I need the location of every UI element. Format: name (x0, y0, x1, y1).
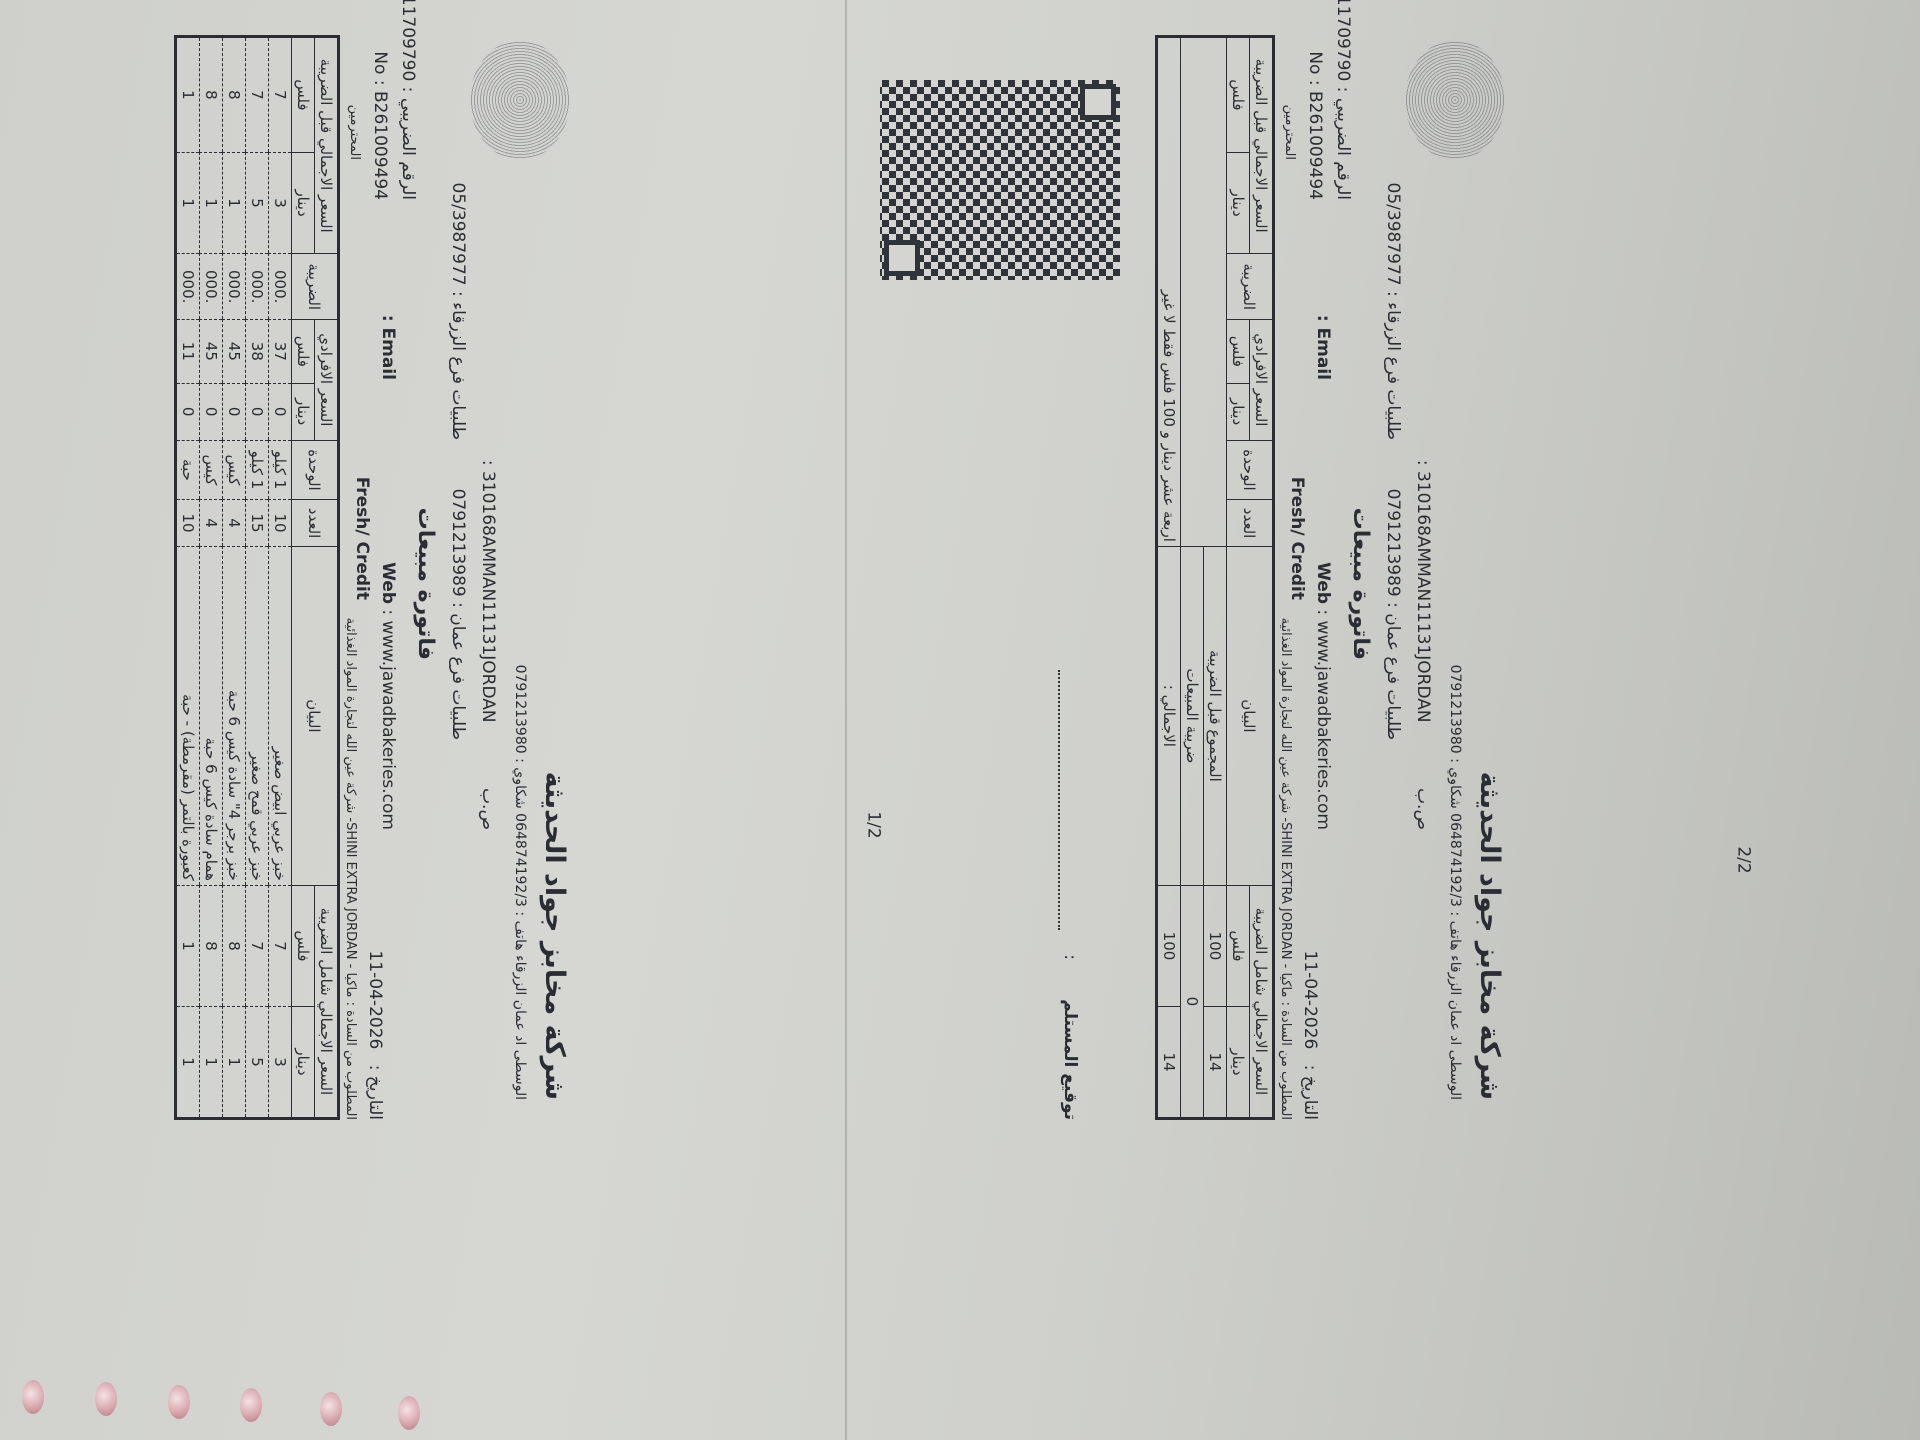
cell-qty: 15 (246, 500, 269, 547)
col-tax: الضريبة (1227, 254, 1274, 320)
web-value: : www.jawadbakeries.com (1313, 609, 1333, 830)
total-row: 14 100 الاجمالي : اربعة عشر دينار و 100 … (1157, 37, 1181, 1119)
cell-total-fils: 8 (200, 885, 223, 1006)
cell-tax: .000 (269, 254, 292, 320)
cell-price-dinar: 0 (223, 383, 246, 440)
cell-qty: 10 (269, 500, 292, 547)
cell-before-dinar: 1 (200, 152, 223, 254)
cell-before-fils: 8 (223, 37, 246, 153)
subtotal-label: المجموع قبل الضريبة (1204, 546, 1227, 885)
subtotal-fils: 100 (1204, 885, 1227, 1006)
signature-colon: : (1060, 954, 1080, 960)
cell-total-dinar: 3 (269, 1007, 292, 1119)
table-row: 37خبز عربي ابيض صغير101 كيلو037.00037 (269, 37, 292, 1119)
cell-price-dinar: 0 (269, 383, 292, 440)
cell-total-dinar: 1 (223, 1007, 246, 1119)
col-qty: العدد (292, 500, 339, 547)
cell-total-fils: 8 (223, 885, 246, 1006)
cell-tax: .000 (200, 254, 223, 320)
date-label: التاريخ : (365, 1065, 385, 1120)
cell-total-fils: 1 (176, 885, 200, 1006)
cell-unit: 1 كيلو (269, 440, 292, 500)
cell-total-dinar: 1 (200, 1007, 223, 1119)
cell-before-dinar: 3 (269, 152, 292, 254)
cell-price-dinar: 0 (200, 383, 223, 440)
respected-label: المحترمين (347, 105, 362, 160)
web: Web : www.jawadbakeries.com (1313, 562, 1333, 830)
payment-type: Fresh/ Credit (352, 477, 372, 600)
date: التاريخ : 2026-04-11 (1300, 951, 1320, 1121)
invoice-number: No : B261009494 (370, 51, 390, 200)
customer-name: ماكيا - SHINI EXTRA JORDAN- شركة عين الل… (1278, 618, 1293, 998)
cell-unit: حبة (176, 440, 200, 500)
col-dinar: دينار (292, 383, 315, 440)
col-unit-price: السعر الافرادي (315, 320, 339, 441)
qr-code (880, 80, 1120, 280)
customer-label: المطلوب من السادة : (1278, 1002, 1293, 1120)
page-number-2: 2/2 (1734, 846, 1754, 873)
cell-price-fils: 45 (200, 320, 223, 384)
po-box: ص.ب 310168AMMAN11131JORDAN : (478, 460, 498, 830)
cell-qty: 4 (200, 500, 223, 547)
po-box-label: ص.ب (1413, 788, 1433, 830)
page-fold (845, 0, 847, 1440)
cell-before-fils: 7 (246, 37, 269, 153)
total-fils: 100 (1157, 885, 1181, 1006)
cell-before-dinar: 1 (176, 152, 200, 254)
col-description: البيان (292, 546, 339, 885)
total-label: الاجمالي : (1157, 546, 1181, 885)
company-name: شركة مخابز جواد الحديثة (1474, 772, 1505, 1100)
orders-zarqa: طلبيات فرع الزرقاء : 05/3987977 (1383, 183, 1403, 440)
col-fils: فلس (292, 37, 315, 153)
web-value: : www.jawadbakeries.com (378, 609, 398, 830)
company-address: الوسطى اد عمان الزرقاء هاتف : 064874192/… (1447, 665, 1463, 1100)
signature-line (1058, 670, 1060, 930)
signature-label: توقيع المستلم (1060, 999, 1080, 1120)
col-total-before-tax: السعر الاجمالي قبل الضريبة (315, 37, 339, 254)
invoice-title: فاتورة مبيعات (1348, 508, 1373, 660)
cell-description: خبز عربي ابيض صغير (269, 546, 292, 885)
col-tax: الضريبة (292, 254, 339, 320)
subtotal-row: 14 100 المجموع قبل الضريبة (1204, 37, 1227, 1119)
table-row: 11كعبورة بالتمر (مقرمطة) - حبة10حبة011.0… (176, 37, 200, 1119)
orders-zarqa: طلبيات فرع الزرقاء : 05/3987977 (448, 183, 468, 440)
cell-qty: 10 (176, 500, 200, 547)
amount-in-words: اربعة عشر دينار و 100 فلس فقط لا غير (1157, 37, 1181, 547)
col-fils: فلس (1227, 885, 1250, 1006)
po-box-label: ص.ب (478, 788, 498, 830)
col-dinar: دينار (1227, 383, 1250, 440)
cell-tax: .000 (246, 254, 269, 320)
email-label: Email : (378, 315, 398, 380)
company-logo (470, 40, 570, 160)
col-total-incl-tax: السعر الاجمالي شامل الضريبة (1250, 885, 1274, 1118)
po-box-value: 310168AMMAN11131JORDAN : (1413, 460, 1433, 723)
payment-type: Fresh/ Credit (1287, 477, 1307, 600)
po-box: ص.ب 310168AMMAN11131JORDAN : (1413, 460, 1433, 830)
web-label: Web (378, 562, 398, 604)
cell-description: خبز برجر 4" سادة كيس 6 حبة (223, 546, 246, 885)
col-dinar: دينار (1227, 152, 1250, 254)
orders-amman: طلبيات فرع عمان : 0791213989 (448, 489, 468, 740)
col-dinar: دينار (292, 1007, 315, 1119)
table-row: 18خبز برجر 4" سادة كيس 6 حبة4كيس045.0001… (223, 37, 246, 1119)
col-total-before-tax: السعر الاجمالي قبل الضريبة (1250, 37, 1274, 254)
col-dinar: دينار (1227, 1007, 1250, 1119)
col-fils: فلس (1227, 37, 1250, 153)
web: Web : www.jawadbakeries.com (378, 562, 398, 830)
customer-label: المطلوب من السادة : (343, 1002, 358, 1120)
cell-before-dinar: 1 (223, 152, 246, 254)
sales-tax-label: ضريبة المبيعات (1181, 546, 1204, 885)
date-label: التاريخ : (1300, 1065, 1320, 1120)
web-label: Web (1313, 562, 1333, 604)
customer: المطلوب من السادة : ماكيا - SHINI EXTRA … (343, 618, 358, 1120)
page-number-1: 1/2 (864, 811, 884, 838)
invoice-page-2: شركة مخابز جواد الحديثة الوسطى اد عمان ا… (905, 0, 1525, 1160)
items-table: السعر الاجمالي شامل الضريبة البيان العدد… (174, 35, 340, 1120)
cell-before-fils: 1 (176, 37, 200, 153)
invoice-number: No : B261009494 (1305, 51, 1325, 200)
tax-number: الرقم الضريبي : 11709790 (398, 0, 418, 200)
col-unit-price: السعر الافرادي (1250, 320, 1274, 441)
cell-description: خبز عربي قمح صغير (246, 546, 269, 885)
cell-price-dinar: 0 (176, 383, 200, 440)
email-label: Email : (1313, 315, 1333, 380)
col-fils: فلس (292, 320, 315, 384)
cell-total-fils: 7 (269, 885, 292, 1006)
cell-total-dinar: 1 (176, 1007, 200, 1119)
cell-tax: .000 (223, 254, 246, 320)
col-fils: فلس (1227, 320, 1250, 384)
table-row: 57خبز عربي قمح صغير151 كيلو038.00057 (246, 37, 269, 1119)
binder-holes (0, 1330, 1100, 1440)
cell-unit: 1 كيلو (246, 440, 269, 500)
col-unit: الوحدة (1227, 440, 1274, 500)
cell-unit: كيس (223, 440, 246, 500)
col-description: البيان (1227, 546, 1274, 885)
date: التاريخ : 2026-04-11 (365, 951, 385, 1121)
orders-amman: طلبيات فرع عمان : 0791213989 (1383, 489, 1403, 740)
cell-price-fils: 38 (246, 320, 269, 384)
company-name: شركة مخابز جواد الحديثة (539, 772, 570, 1100)
cell-price-fils: 45 (223, 320, 246, 384)
cell-before-fils: 8 (200, 37, 223, 153)
cell-price-fils: 11 (176, 320, 200, 384)
cell-description: كعبورة بالتمر (مقرمطة) - حبة (176, 546, 200, 885)
cell-before-dinar: 5 (246, 152, 269, 254)
cell-before-fils: 7 (269, 37, 292, 153)
invoice-title: فاتورة مبيعات (413, 508, 438, 660)
date-value: 2026-04-11 (365, 951, 385, 1050)
col-total-incl-tax: السعر الاجمالي شامل الضريبة (315, 885, 339, 1118)
cell-price-dinar: 0 (246, 383, 269, 440)
subtotal-dinar: 14 (1204, 1007, 1227, 1119)
customer: المطلوب من السادة : ماكيا - SHINI EXTRA … (1278, 618, 1293, 1120)
company-logo (1405, 40, 1505, 160)
cell-unit: كيس (200, 440, 223, 500)
tax-number: الرقم الضريبي : 11709790 (1333, 0, 1353, 200)
col-dinar: دينار (292, 152, 315, 254)
invoice-page-1: شركة مخابز جواد الحديثة الوسطى اد عمان ا… (0, 0, 590, 1160)
company-address: الوسطى اد عمان الزرقاء هاتف : 064874192/… (512, 665, 528, 1100)
date-value: 2026-04-11 (1300, 951, 1320, 1050)
cell-price-fils: 37 (269, 320, 292, 384)
cell-qty: 4 (223, 500, 246, 547)
col-qty: العدد (1227, 500, 1274, 547)
cell-total-dinar: 5 (246, 1007, 269, 1119)
col-unit: الوحدة (292, 440, 339, 500)
col-fils: فلس (292, 885, 315, 1006)
cell-total-fils: 7 (246, 885, 269, 1006)
po-box-value: 310168AMMAN11131JORDAN : (478, 460, 498, 723)
summary-table: السعر الاجمالي شامل الضريبة البيان العدد… (1155, 35, 1275, 1120)
cell-tax: .000 (176, 254, 200, 320)
cell-description: همام سادة كيس 6 حبة (200, 546, 223, 885)
total-dinar: 14 (1157, 1007, 1181, 1119)
customer-name: ماكيا - SHINI EXTRA JORDAN- شركة عين الل… (343, 618, 358, 998)
table-row: 18همام سادة كيس 6 حبة4كيس045.00018 (200, 37, 223, 1119)
respected-label: المحترمين (1282, 105, 1297, 160)
sales-tax-value: 0 (1181, 885, 1204, 1118)
